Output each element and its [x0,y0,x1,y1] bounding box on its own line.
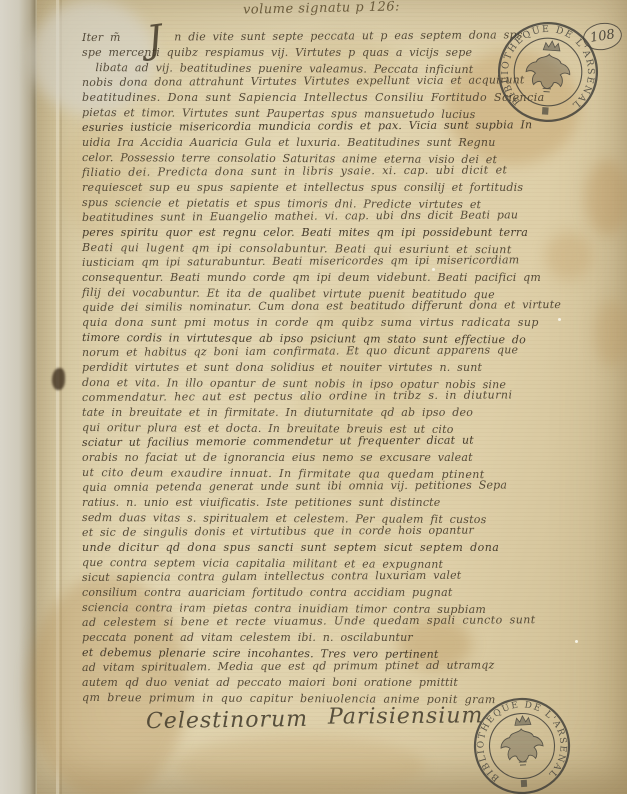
manuscript-line-14: peres spiritu quor est regnu celor. Beat… [82,225,552,240]
manuscript-line-23: perdidit virtutes et sunt dona solidius … [82,360,552,375]
footer-inscription-celestinorum: Celestinorum [146,707,308,734]
manuscript-line-34: et sic de singulis donis et virtutibus q… [82,522,552,540]
ink-fleck [52,368,65,390]
manuscript-line-22: norum et habitus qz boni iam confirmata.… [82,342,552,360]
manuscript-line-11: requiescet sup eu spus sapiente et intel… [82,180,552,195]
manuscript-line-1: Iter m̃ n die vite sunt septe peccata ut… [82,27,552,45]
manuscript-line-17: consequentur. Beati mundo corde qm ipi d… [82,270,552,285]
manuscript-line-35: unde dicitur qd dona spus sancti sunt se… [82,540,552,555]
manuscript-line-2: spe mercenti quibz respiamus vij. Virtut… [82,45,552,60]
footer-inscription-parisiensium: Parisiensium [328,703,484,729]
manuscript-line-28: sciatur ut facilius memorie commendetur … [82,432,552,450]
manuscript-line-19: quide dei similis nominatur. Cum dona es… [82,297,552,315]
crown-icon [514,716,530,726]
crown-icon [543,40,560,50]
eagle-crest-icon [525,53,571,93]
page-fold-shadow [60,0,62,794]
manuscript-line-40: ad celestem si bene et recte viuamus. Un… [82,612,552,630]
manuscript-text: Iter m̃ n die vite sunt septe peccata ut… [82,30,552,705]
stamp-ornament [542,107,549,115]
page-fold-highlight [56,0,59,794]
manuscript-line-44: autem qd duo veniat ad peccato maiori bo… [82,675,552,690]
manuscript-line-16: iusticiam qm ipi saturabuntur. Beati mis… [82,252,552,270]
arsenal-stamp-top: BIBLIOTHEQUE DE L'ARSENAL [492,16,603,127]
scan-edge-strip [0,0,34,794]
manuscript-line-25: commendatur. hec aut est pectus alio ord… [82,387,552,405]
manuscript-line-8: uidia Ira Accidia Auaricia Gula et luxur… [82,135,552,150]
manuscript-line-13: beatitudines sunt in Euangelio mathei. v… [82,207,552,225]
manuscript-line-26: tate in breuitate et in firmitate. In di… [82,405,552,420]
manuscript-line-4: nobis dona dona attrahunt Virtutes Virtu… [82,72,552,90]
manuscript-line-5: beatitudines. Dona sunt Sapiencia Intell… [82,90,552,105]
library-stamp-icon: BIBLIOTHEQUE DE L'ARSENAL [469,693,574,794]
speck [558,318,561,321]
manuscript-line-7: esuries iusticie misericordia mundicia c… [82,117,552,135]
manuscript-line-38: consilium contra auariciam fortitudo con… [82,585,552,600]
arsenal-stamp-bottom: BIBLIOTHEQUE DE L'ARSENAL [469,693,574,794]
manuscript-line-43: ad vitam spiritualem. Media que est qd p… [82,657,552,675]
library-stamp-icon: BIBLIOTHEQUE DE L'ARSENAL [492,16,603,127]
manuscript-line-32: ratius. n. unio est viuificatis. Iste pe… [82,495,552,510]
manuscript-line-20: quia dona sunt pmi motus in corde qm qui… [82,315,552,330]
stamp-ornament [521,780,527,787]
manuscript-line-29: orabis no faciat ut de ignorancia eius n… [82,450,552,465]
speck [575,640,578,643]
eagle-crest-icon [500,728,544,766]
manuscript-line-31: quia omnia petenda generat unde sunt ibi… [82,477,552,495]
manuscript-line-10: filiatio dei. Predicta dona sunt in libr… [82,162,552,180]
manuscript-line-37: sicut sapiencia contra gulam intellectus… [82,567,552,585]
manuscript-scan: volume signatu p 126: 108 J Iter m̃ n di… [0,0,627,794]
manuscript-line-41: peccata ponent ad vitam celestem ibi. n.… [82,630,552,645]
